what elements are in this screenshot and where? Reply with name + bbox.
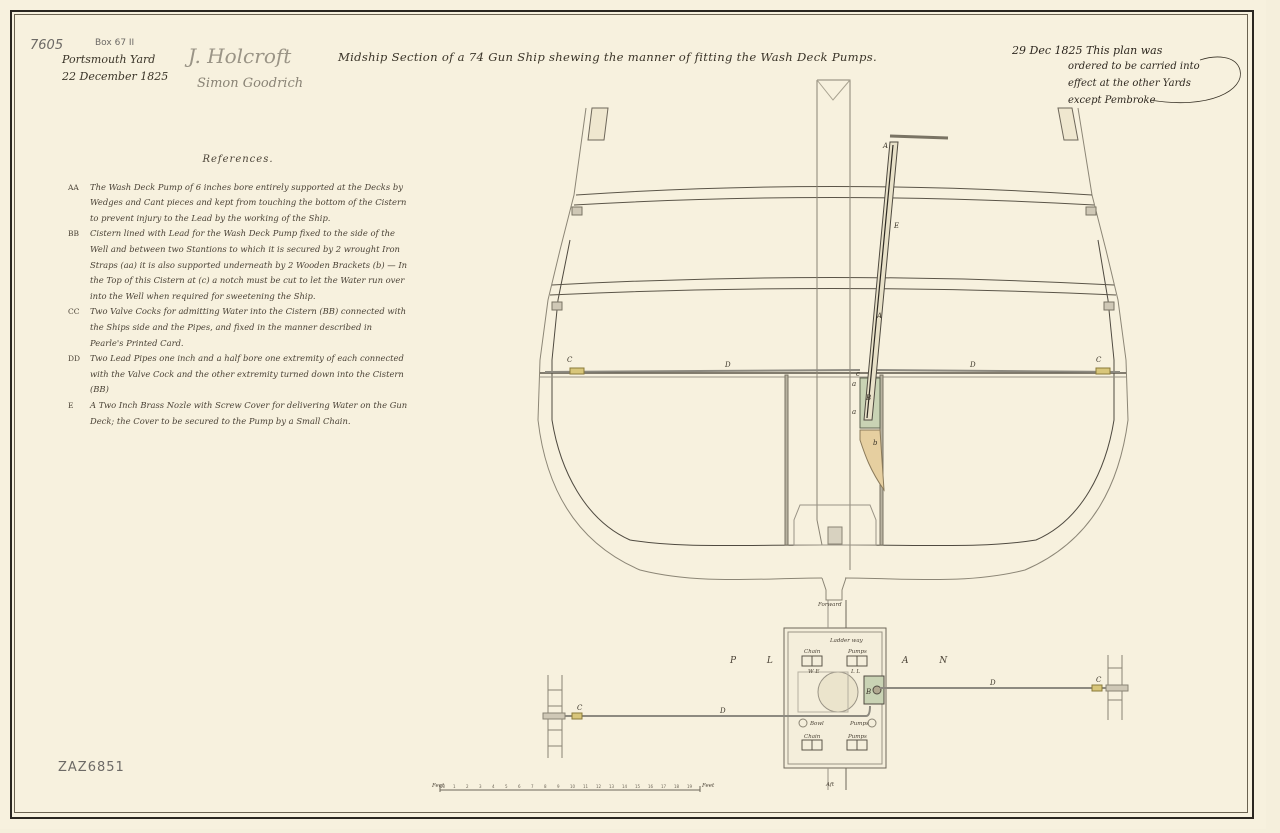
pump-handle [890,136,948,138]
label-pumps-fwd: Pumps [847,649,867,655]
valve-cock-port [570,368,584,374]
scale-tick: 3 [479,784,482,789]
label-chain-fwd: Chain [804,649,821,655]
label-plan-pipe-port: D [719,707,726,715]
label-bracket: b [873,439,878,447]
label-forward: Forward [817,602,842,608]
scale-tick: 13 [609,784,615,789]
label-pipe-starboard: D [969,361,976,369]
well-stanchion-port [785,375,788,545]
scale-tick: 11 [583,784,589,789]
plan-side-starboard [1106,655,1128,720]
lead-pipe-starboard [870,370,1120,372]
label-strap-top: a [852,380,856,388]
label-pump-mid: A [876,312,882,320]
label-plan-cistern: B [865,688,871,696]
scale-tick: 5 [505,784,508,789]
label-plan-pipe-starboard: D [989,679,996,687]
plan-title-right: A N [901,656,961,666]
keel [822,578,846,600]
scale-tick: 7 [531,784,534,789]
cistern-bracket [860,430,884,490]
annotation-flourish [1150,57,1240,103]
scale-tick: 8 [544,784,547,789]
mainmast [817,80,850,570]
scale-tick: 4 [492,784,495,789]
scale-right-label: Feet [701,783,715,789]
label-pump-top: A [882,142,888,150]
label-notch: c [856,370,860,378]
label-we: W E [808,669,819,675]
lead-pipe-port [545,370,860,372]
label-aft: Aft [825,782,835,788]
scale-tick: 12 [596,784,602,789]
plan-side-port [543,675,565,758]
scale-tick: 16 [648,784,654,789]
hull-outer-port [538,108,822,580]
scale-tick: 17 [661,784,667,789]
label-cistern: B [865,394,871,402]
label-cock-port: C [567,356,573,364]
upper-deck-beam [576,187,1092,196]
label-ladder-way: Ladder way [829,638,864,644]
starboard-timber-head [1058,108,1078,140]
scale-tick: 15 [635,784,641,789]
label-pumps-aft: Pumps [847,734,867,740]
label-pipe-port: D [724,361,731,369]
drawing-sheet: 7605 Box 67 II ZAZ6851 Portsmouth Yard 2… [0,0,1266,829]
scale-tick: 10 [570,784,576,789]
label-plan-cock-port: C [577,704,583,712]
port-timber-head [588,108,608,140]
scale-tick: 19 [687,784,693,789]
scale-tick: 1 [453,784,456,789]
midship-section-drawing: A A E D D C C B a a b c D D C C B Forwar… [0,0,1266,829]
mast-plan-circle [818,672,858,712]
scale-tick: 14 [622,784,628,789]
scale-tick: 10 [440,784,446,789]
scale-tick: 6 [518,784,521,789]
label-ll: L L [850,669,860,675]
label-bowl: Bowl [809,721,824,727]
scale-tick: 9 [557,784,560,789]
hull-inner-port [552,240,822,546]
label-cock-starboard: C [1096,356,1102,364]
scale-tick: 18 [674,784,680,789]
label-pumps-mid: Pumps [849,721,869,727]
valve-cock-starboard [1096,368,1110,374]
plan-title-left: P L [729,656,787,666]
hull-inner-starboard [845,240,1114,546]
middle-deck-beam [552,278,1114,286]
label-strap-bottom: a [852,408,856,416]
label-nozzle: E [893,222,899,230]
scale-tick: 2 [466,784,469,789]
label-chain-aft: Chain [804,734,821,740]
label-plan-cock-starboard: C [1096,676,1102,684]
